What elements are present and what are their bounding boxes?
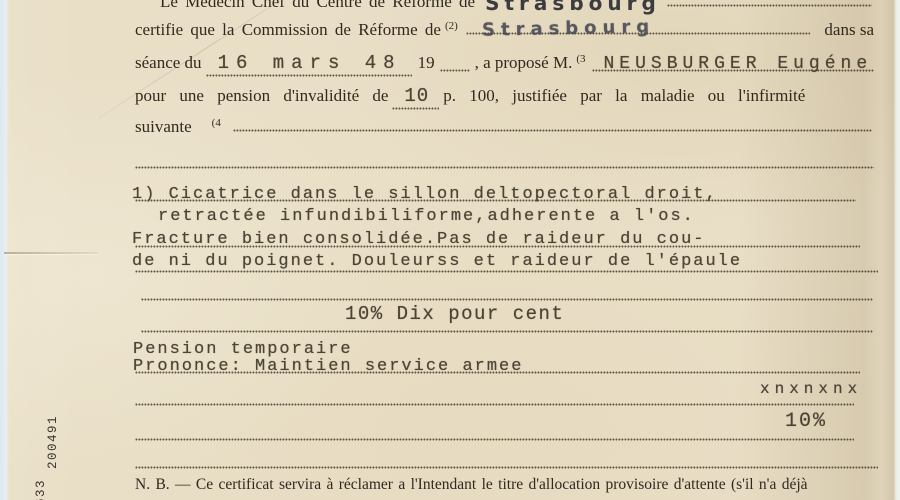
fill-marks: xnxnxnx [760,380,862,398]
diagnosis-line: Fracture bien consolidée.Pas de raideur … [132,230,705,249]
printed-text: , a proposé M. [475,53,573,73]
reference-marker: (3 [576,53,585,65]
dotted-fill-line [233,129,872,132]
dotted-fill-line [440,69,470,72]
serial-number: 200491 [46,415,60,469]
header-line-4: pour une pension d'invalidité de 10 p. 1… [135,85,870,110]
printed-text: suivante [135,117,192,137]
diagnosis-line: retractée infundibiliforme,adherente a l… [158,207,695,226]
header-line-5: suivante (4 [135,117,874,137]
crease-line [4,252,98,254]
printed-text: certifie que la Commission de Réforme de [135,20,441,40]
typed-date: 16 mars 48 [206,52,412,77]
strasbourg-stamp: Strasbourg [482,16,656,41]
pronounce-line: Prononce: Maintien service armee [133,357,523,376]
typed-name: NEUSBURGER Eugéne [604,54,873,74]
nb-note: N. B. — Ce certificat servira à réclamer… [135,476,883,494]
dotted-fill-line: NEUSBURGER Eugéne [592,69,875,72]
header-line-3: séance du 16 mars 48 19 , a proposé M. (… [135,52,874,77]
typed-rate: 10 [392,85,439,110]
printed-text: p. 100, justifiée par la maladie ou l'in… [443,86,805,106]
strasbourg-stamp: Strasbourg [485,0,661,15]
diagnosis-line: 1) Cicatrice dans le sillon deltopectora… [132,185,718,204]
printed-text: pour une pension d'invalidité de [135,86,388,106]
ruled-dotted-line [135,466,878,469]
printed-text: séance du [135,53,202,73]
dotted-fill-line [667,4,872,7]
diagnosis-line: de ni du poignet. Douleurss et raideur d… [132,252,742,271]
header-line-1: Le Médecin Chef du Centre de Réforme de … [160,0,874,12]
scanned-certificate: Le Médecin Chef du Centre de Réforme de … [0,0,900,500]
printed-text: Le Médecin Chef du Centre de Réforme de [160,0,475,12]
ruled-dotted-line [141,298,873,301]
paper-torn-right-edge [893,0,900,500]
printed-text: 19 [418,53,435,73]
rate-value: 10% [785,410,827,433]
reference-marker: (4 [212,117,221,129]
ruled-dotted-line [135,403,854,406]
ruled-dotted-line [135,438,854,441]
ruled-dotted-line [141,330,873,333]
form-code: 633 [34,479,48,500]
header-line-2: certifie que la Commission de Réforme de… [135,20,874,40]
dotted-fill-line: Strasbourg [466,32,811,35]
rate-statement: 10% Dix pour cent [345,303,564,325]
reference-marker: (2) [445,20,458,32]
scan-left-edge [0,0,9,500]
printed-text: dans sa [824,20,874,40]
ruled-dotted-line [135,166,874,169]
